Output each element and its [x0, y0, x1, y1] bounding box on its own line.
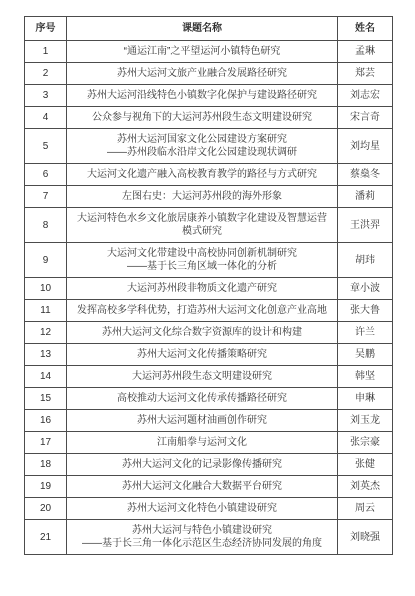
topic-title: 发挥高校多学科优势，打造苏州大运河文化创意产业高地 — [73, 304, 331, 317]
topic-title-cell: 苏州大运河文化传播策略研究 — [67, 344, 338, 366]
author-name: 刘均星 — [338, 129, 393, 164]
author-name: 章小波 — [338, 278, 393, 300]
author-name: 刘志宏 — [338, 85, 393, 107]
row-number: 17 — [25, 432, 67, 454]
author-name: 孟琳 — [338, 41, 393, 63]
table-row: 10大运河苏州段非物质文化遗产研究章小波 — [25, 278, 393, 300]
topic-title: 高校推动大运河文化传承传播路径研究 — [73, 392, 331, 405]
row-number: 8 — [25, 208, 67, 243]
author-name: 宋言奇 — [338, 107, 393, 129]
table-row: 15高校推动大运河文化传承传播路径研究申琳 — [25, 388, 393, 410]
row-number: 4 — [25, 107, 67, 129]
topic-title: 苏州大运河沿线特色小镇数字化保护与建设路径研究 — [73, 89, 331, 102]
table-row: 3苏州大运河沿线特色小镇数字化保护与建设路径研究刘志宏 — [25, 85, 393, 107]
topic-title-cell: 左图右史：大运河苏州段的海外形象 — [67, 186, 338, 208]
topic-title: 左图右史：大运河苏州段的海外形象 — [73, 190, 331, 203]
topic-title-cell: 高校推动大运河文化传承传播路径研究 — [67, 388, 338, 410]
topic-title: 公众参与视角下的大运河苏州段生态文明建设研究 — [73, 111, 331, 124]
topic-title: 大运河特色水乡文化旅居康养小镇数字化建设及智慧运营模式研究 — [73, 212, 331, 238]
topic-title-cell: 苏州大运河与特色小镇建设研究——基于长三角一体化示范区生态经济协同发展的角度 — [67, 520, 338, 555]
author-name: 周云 — [338, 498, 393, 520]
author-name: 刘晓强 — [338, 520, 393, 555]
topic-title-cell: 大运河文化带建设中高校协同创新机制研究——基于长三角区域一体化的分析 — [67, 243, 338, 278]
header-title: 课题名称 — [67, 17, 338, 41]
topic-title: 苏州大运河文化特色小镇建设研究 — [73, 502, 331, 515]
row-number: 11 — [25, 300, 67, 322]
topic-title: 大运河苏州段生态文明建设研究 — [73, 370, 331, 383]
topic-title: 大运河文化带建设中高校协同创新机制研究 — [73, 247, 331, 260]
row-number: 2 — [25, 63, 67, 85]
header-row: 序号 课题名称 姓名 — [25, 17, 393, 41]
author-name: 郑芸 — [338, 63, 393, 85]
table-row: 14大运河苏州段生态文明建设研究韩坚 — [25, 366, 393, 388]
topics-table-container: 序号 课题名称 姓名 1“通运江南”之平望运河小镇特色研究孟琳2苏州大运河文旅产… — [24, 16, 393, 555]
row-number: 13 — [25, 344, 67, 366]
table-row: 7左图右史：大运河苏州段的海外形象潘莉 — [25, 186, 393, 208]
topic-title: 苏州大运河文化综合数字资源库的设计和构建 — [73, 326, 331, 339]
topic-title-cell: 大运河苏州段生态文明建设研究 — [67, 366, 338, 388]
row-number: 6 — [25, 164, 67, 186]
topic-title-cell: 苏州大运河题材油画创作研究 — [67, 410, 338, 432]
row-number: 9 — [25, 243, 67, 278]
author-name: 张健 — [338, 454, 393, 476]
table-row: 16苏州大运河题材油画创作研究刘玉龙 — [25, 410, 393, 432]
topic-title: 江南船拳与运河文化 — [73, 436, 331, 449]
table-row: 5苏州大运河国家文化公园建设方案研究——苏州段临水沿岸文化公园建设现状调研刘均星 — [25, 129, 393, 164]
topic-title-cell: 苏州大运河文化综合数字资源库的设计和构建 — [67, 322, 338, 344]
row-number: 1 — [25, 41, 67, 63]
topics-table: 序号 课题名称 姓名 1“通运江南”之平望运河小镇特色研究孟琳2苏州大运河文旅产… — [24, 16, 393, 555]
row-number: 14 — [25, 366, 67, 388]
row-number: 21 — [25, 520, 67, 555]
topic-subtitle: ——基于长三角一体化示范区生态经济协同发展的角度 — [73, 537, 331, 550]
topic-subtitle: ——苏州段临水沿岸文化公园建设现状调研 — [73, 146, 331, 159]
table-row: 4公众参与视角下的大运河苏州段生态文明建设研究宋言奇 — [25, 107, 393, 129]
topic-title-cell: 苏州大运河文化的记录影像传播研究 — [67, 454, 338, 476]
table-header: 序号 课题名称 姓名 — [25, 17, 393, 41]
author-name: 吴鹏 — [338, 344, 393, 366]
topic-title: 苏州大运河文化传播策略研究 — [73, 348, 331, 361]
author-name: 张宗豪 — [338, 432, 393, 454]
header-no: 序号 — [25, 17, 67, 41]
topic-title: 苏州大运河国家文化公园建设方案研究 — [73, 133, 331, 146]
topic-title: 苏州大运河文旅产业融合发展路径研究 — [73, 67, 331, 80]
table-row: 18苏州大运河文化的记录影像传播研究张健 — [25, 454, 393, 476]
topic-title: 苏州大运河题材油画创作研究 — [73, 414, 331, 427]
topic-title: 苏州大运河文化的记录影像传播研究 — [73, 458, 331, 471]
table-row: 13苏州大运河文化传播策略研究吴鹏 — [25, 344, 393, 366]
topic-title-cell: 大运河特色水乡文化旅居康养小镇数字化建设及智慧运营模式研究 — [67, 208, 338, 243]
table-row: 8大运河特色水乡文化旅居康养小镇数字化建设及智慧运营模式研究王洪羿 — [25, 208, 393, 243]
author-name: 许兰 — [338, 322, 393, 344]
row-number: 19 — [25, 476, 67, 498]
topic-title: “通运江南”之平望运河小镇特色研究 — [73, 45, 331, 58]
topic-title-cell: 苏州大运河文旅产业融合发展路径研究 — [67, 63, 338, 85]
author-name: 张大鲁 — [338, 300, 393, 322]
topic-title-cell: 大运河文化遗产融入高校教育教学的路径与方式研究 — [67, 164, 338, 186]
author-name: 潘莉 — [338, 186, 393, 208]
topic-title-cell: “通运江南”之平望运河小镇特色研究 — [67, 41, 338, 63]
topic-title-cell: 大运河苏州段非物质文化遗产研究 — [67, 278, 338, 300]
row-number: 15 — [25, 388, 67, 410]
topic-title-cell: 苏州大运河沿线特色小镇数字化保护与建设路径研究 — [67, 85, 338, 107]
author-name: 刘英杰 — [338, 476, 393, 498]
table-row: 2苏州大运河文旅产业融合发展路径研究郑芸 — [25, 63, 393, 85]
table-row: 11发挥高校多学科优势，打造苏州大运河文化创意产业高地张大鲁 — [25, 300, 393, 322]
topic-subtitle: ——基于长三角区域一体化的分析 — [73, 260, 331, 273]
row-number: 20 — [25, 498, 67, 520]
table-row: 9大运河文化带建设中高校协同创新机制研究——基于长三角区域一体化的分析胡玮 — [25, 243, 393, 278]
author-name: 韩坚 — [338, 366, 393, 388]
topic-title: 苏州大运河文化融合大数据平台研究 — [73, 480, 331, 493]
topic-title-cell: 苏州大运河文化融合大数据平台研究 — [67, 476, 338, 498]
author-name: 刘玉龙 — [338, 410, 393, 432]
row-number: 3 — [25, 85, 67, 107]
table-row: 20苏州大运河文化特色小镇建设研究周云 — [25, 498, 393, 520]
table-row: 12苏州大运河文化综合数字资源库的设计和构建许兰 — [25, 322, 393, 344]
author-name: 胡玮 — [338, 243, 393, 278]
topic-title-cell: 发挥高校多学科优势，打造苏州大运河文化创意产业高地 — [67, 300, 338, 322]
topic-title: 大运河苏州段非物质文化遗产研究 — [73, 282, 331, 295]
topic-title: 大运河文化遗产融入高校教育教学的路径与方式研究 — [73, 168, 331, 181]
topic-title-cell: 公众参与视角下的大运河苏州段生态文明建设研究 — [67, 107, 338, 129]
author-name: 蔡燊冬 — [338, 164, 393, 186]
row-number: 12 — [25, 322, 67, 344]
row-number: 5 — [25, 129, 67, 164]
table-row: 6大运河文化遗产融入高校教育教学的路径与方式研究蔡燊冬 — [25, 164, 393, 186]
row-number: 10 — [25, 278, 67, 300]
topics-table-body: 1“通运江南”之平望运河小镇特色研究孟琳2苏州大运河文旅产业融合发展路径研究郑芸… — [25, 41, 393, 555]
header-name: 姓名 — [338, 17, 393, 41]
topic-title-cell: 苏州大运河国家文化公园建设方案研究——苏州段临水沿岸文化公园建设现状调研 — [67, 129, 338, 164]
topic-title: 苏州大运河与特色小镇建设研究 — [73, 524, 331, 537]
row-number: 18 — [25, 454, 67, 476]
topic-title-cell: 苏州大运河文化特色小镇建设研究 — [67, 498, 338, 520]
table-row: 19苏州大运河文化融合大数据平台研究刘英杰 — [25, 476, 393, 498]
author-name: 王洪羿 — [338, 208, 393, 243]
row-number: 16 — [25, 410, 67, 432]
table-row: 17江南船拳与运河文化张宗豪 — [25, 432, 393, 454]
table-row: 1“通运江南”之平望运河小镇特色研究孟琳 — [25, 41, 393, 63]
row-number: 7 — [25, 186, 67, 208]
topic-title-cell: 江南船拳与运河文化 — [67, 432, 338, 454]
table-row: 21苏州大运河与特色小镇建设研究——基于长三角一体化示范区生态经济协同发展的角度… — [25, 520, 393, 555]
author-name: 申琳 — [338, 388, 393, 410]
